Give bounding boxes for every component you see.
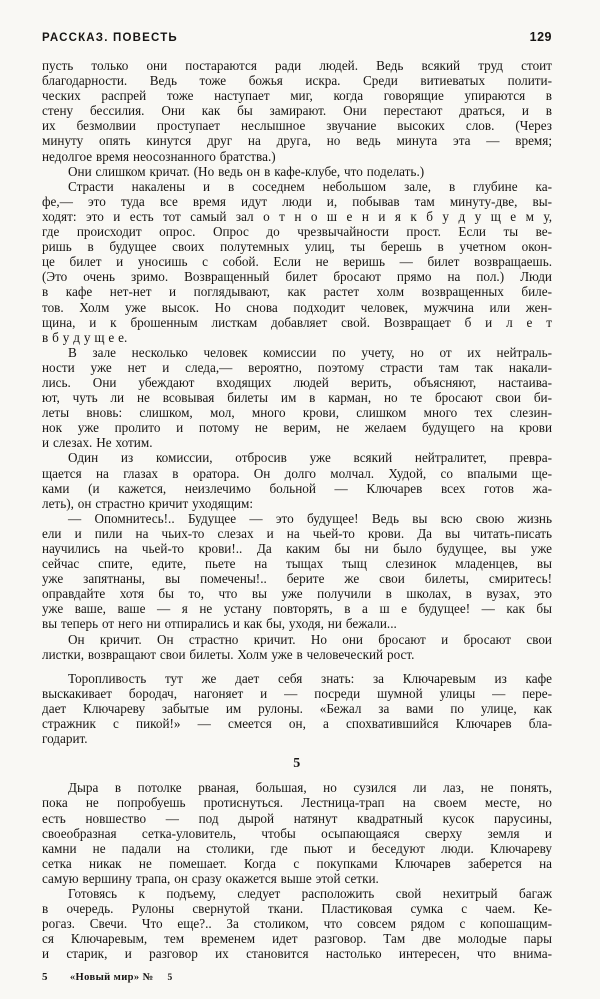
text-line: (Это очень зримо. Возвращенный билет бро…	[42, 269, 552, 284]
text-line: ческих распрей тоже наступает миг, когда…	[42, 88, 552, 103]
text-line: щина, и к брошенным листкам добавляет св…	[42, 315, 552, 330]
text-line: вы теперь от него ни отпирались и как бы…	[42, 616, 552, 631]
text-line: сейчас спите, едите, пьете на тыщах тыщ …	[42, 556, 552, 571]
text-line: леты вновь: слишком, мол, много крови, с…	[42, 405, 552, 420]
text-line: оправдайте хотя бы то, что вы уже получи…	[42, 586, 552, 601]
text-line: своеобразная сетка-уловитель, чтобы осып…	[42, 826, 552, 841]
text-line: уже запятнаны, вы помечены!.. берите же …	[42, 571, 552, 586]
paragraph: Готовясь к подъему, следует расположить …	[42, 886, 552, 961]
text-line: в б у д у щ е е.	[42, 330, 552, 345]
text-line: в очередь. Рулоны свернутой ткани. Пласт…	[42, 901, 552, 916]
running-head: РАССКАЗ. ПОВЕСТЬ 129	[42, 30, 552, 44]
text-line: уже ваше, ваше — я не устану повторять, …	[42, 601, 552, 616]
text-line: минуту опять кинутся друг на друга, но в…	[42, 133, 552, 148]
text-line: ют, чуть ли не всовывая билеты им в карм…	[42, 390, 552, 405]
text-line: их безмолвии проступает неслышное звучан…	[42, 118, 552, 133]
text-line: и слезах. Не хотим.	[42, 435, 552, 450]
text-line: Один из комиссии, отбросив уже всякий не…	[42, 450, 552, 465]
text-line: Страсти накалены и в соседнем небольшом …	[42, 179, 552, 194]
text-line: фе,— это туда все время идут люди и, поб…	[42, 194, 552, 209]
text-line: Они слишком кричат. (Но ведь он в кафе-к…	[42, 164, 552, 179]
text-line: благодарности. Ведь тоже божья искра. Ср…	[42, 73, 552, 88]
footer-imprint: «Новый мир» №	[70, 972, 154, 983]
text-line: пусть только они постараются ради людей.…	[42, 58, 552, 73]
text-line: лись. Они убеждают входящих людей верить…	[42, 375, 552, 390]
page-number: 129	[530, 30, 552, 44]
text-line: це билет и уносишь с собой. Если не вери…	[42, 254, 552, 269]
paragraph: Страсти накалены и в соседнем небольшом …	[42, 179, 552, 345]
text-line: самую вершину трапа, он сразу окажется в…	[42, 871, 552, 886]
text-line: научились на чьей-то крови!.. Да каким б…	[42, 541, 552, 556]
text-line: где происходит опрос. Опрос до чрезвычай…	[42, 224, 552, 239]
text-line: Он кричит. Он страстно кричит. Но они бр…	[42, 632, 552, 647]
text-line: ности уже нет и следа,— вероятно, поэтом…	[42, 360, 552, 375]
page-footer: 5 «Новый мир» № 5	[42, 971, 173, 983]
paragraph: В зале несколько человек комиссии по уче…	[42, 345, 552, 451]
paragraph: Один из комиссии, отбросив уже всякий не…	[42, 450, 552, 510]
text-line: Готовясь к подъему, следует расположить …	[42, 886, 552, 901]
text-line: выскакивает бородач, нагоняет и — посред…	[42, 686, 552, 701]
text-line: ками (и кажется, неизлечимо больной — Кл…	[42, 481, 552, 496]
paragraph: пусть только они постараются ради людей.…	[42, 58, 552, 164]
paragraph: Торопливость тут же дает себя знать: за …	[42, 671, 552, 746]
paragraph: — Опомнитесь!.. Будущее — это будущее! В…	[42, 511, 552, 632]
paragraph: Дыра в потолке рваная, большая, но сузил…	[42, 780, 552, 886]
section-heading: 5	[42, 756, 552, 771]
text-line: в кафе нет-нет и поглядывают, как растет…	[42, 284, 552, 299]
text-line: и старик, и разговор их становится насто…	[42, 946, 552, 961]
magazine-page: РАССКАЗ. ПОВЕСТЬ 129 пусть только они по…	[0, 0, 600, 999]
section-label: РАССКАЗ. ПОВЕСТЬ	[42, 32, 178, 44]
footer-signature: 5	[42, 971, 48, 983]
text-line: стену бессилия. Они как бы замирают. Они…	[42, 103, 552, 118]
text-line: щается на глазах в оратора. Он долго мол…	[42, 466, 552, 481]
text-line: недолгое время неосознанного братства.)	[42, 149, 552, 164]
text-line: ели и пили на чьих-то слезах и на чьей-т…	[42, 526, 552, 541]
text-line: годарит.	[42, 731, 552, 746]
paragraph: Они слишком кричат. (Но ведь он в кафе-к…	[42, 164, 552, 179]
text-line: стражник с пикой!» — смеется он, а спохв…	[42, 716, 552, 731]
text-line: Дыра в потолке рваная, большая, но сузил…	[42, 780, 552, 795]
text-line: ходят: это и есть тот самый зал о т н о …	[42, 209, 552, 224]
text-line: дает Ключареву забытые им рулоны. «Бежал…	[42, 701, 552, 716]
text-line: рогаз. Свечи. Что еще?.. За столиком, чт…	[42, 916, 552, 931]
text-line: сетка никак не помешает. Когда с покупка…	[42, 856, 552, 871]
text-line: леть), он страстно кричит уходящим:	[42, 496, 552, 511]
body-text: пусть только они постараются ради людей.…	[42, 58, 552, 961]
text-line: камни не падали на столики, где пьют и б…	[42, 841, 552, 856]
text-line: ся Ключаревым, тем временем идет разгово…	[42, 931, 552, 946]
text-line: нок уже пролито и потому не верим, не же…	[42, 420, 552, 435]
paragraph: Он кричит. Он страстно кричит. Но они бр…	[42, 632, 552, 662]
text-line: В зале несколько человек комиссии по уче…	[42, 345, 552, 360]
text-line: — Опомнитесь!.. Будущее — это будущее! В…	[42, 511, 552, 526]
text-line: ришь в будущее своих полутемных улиц, ты…	[42, 239, 552, 254]
text-line: Торопливость тут же дает себя знать: за …	[42, 671, 552, 686]
text-line: тов. Холм уже высок. Но снова подходит ч…	[42, 300, 552, 315]
footer-issue-number: 5	[168, 973, 173, 983]
text-line: листки, возвращают свои билеты. Холм уже…	[42, 647, 552, 662]
text-line: есть новшество — под дырой натянут квадр…	[42, 811, 552, 826]
text-line: пока не попробуешь протиснуться. Лестниц…	[42, 795, 552, 810]
